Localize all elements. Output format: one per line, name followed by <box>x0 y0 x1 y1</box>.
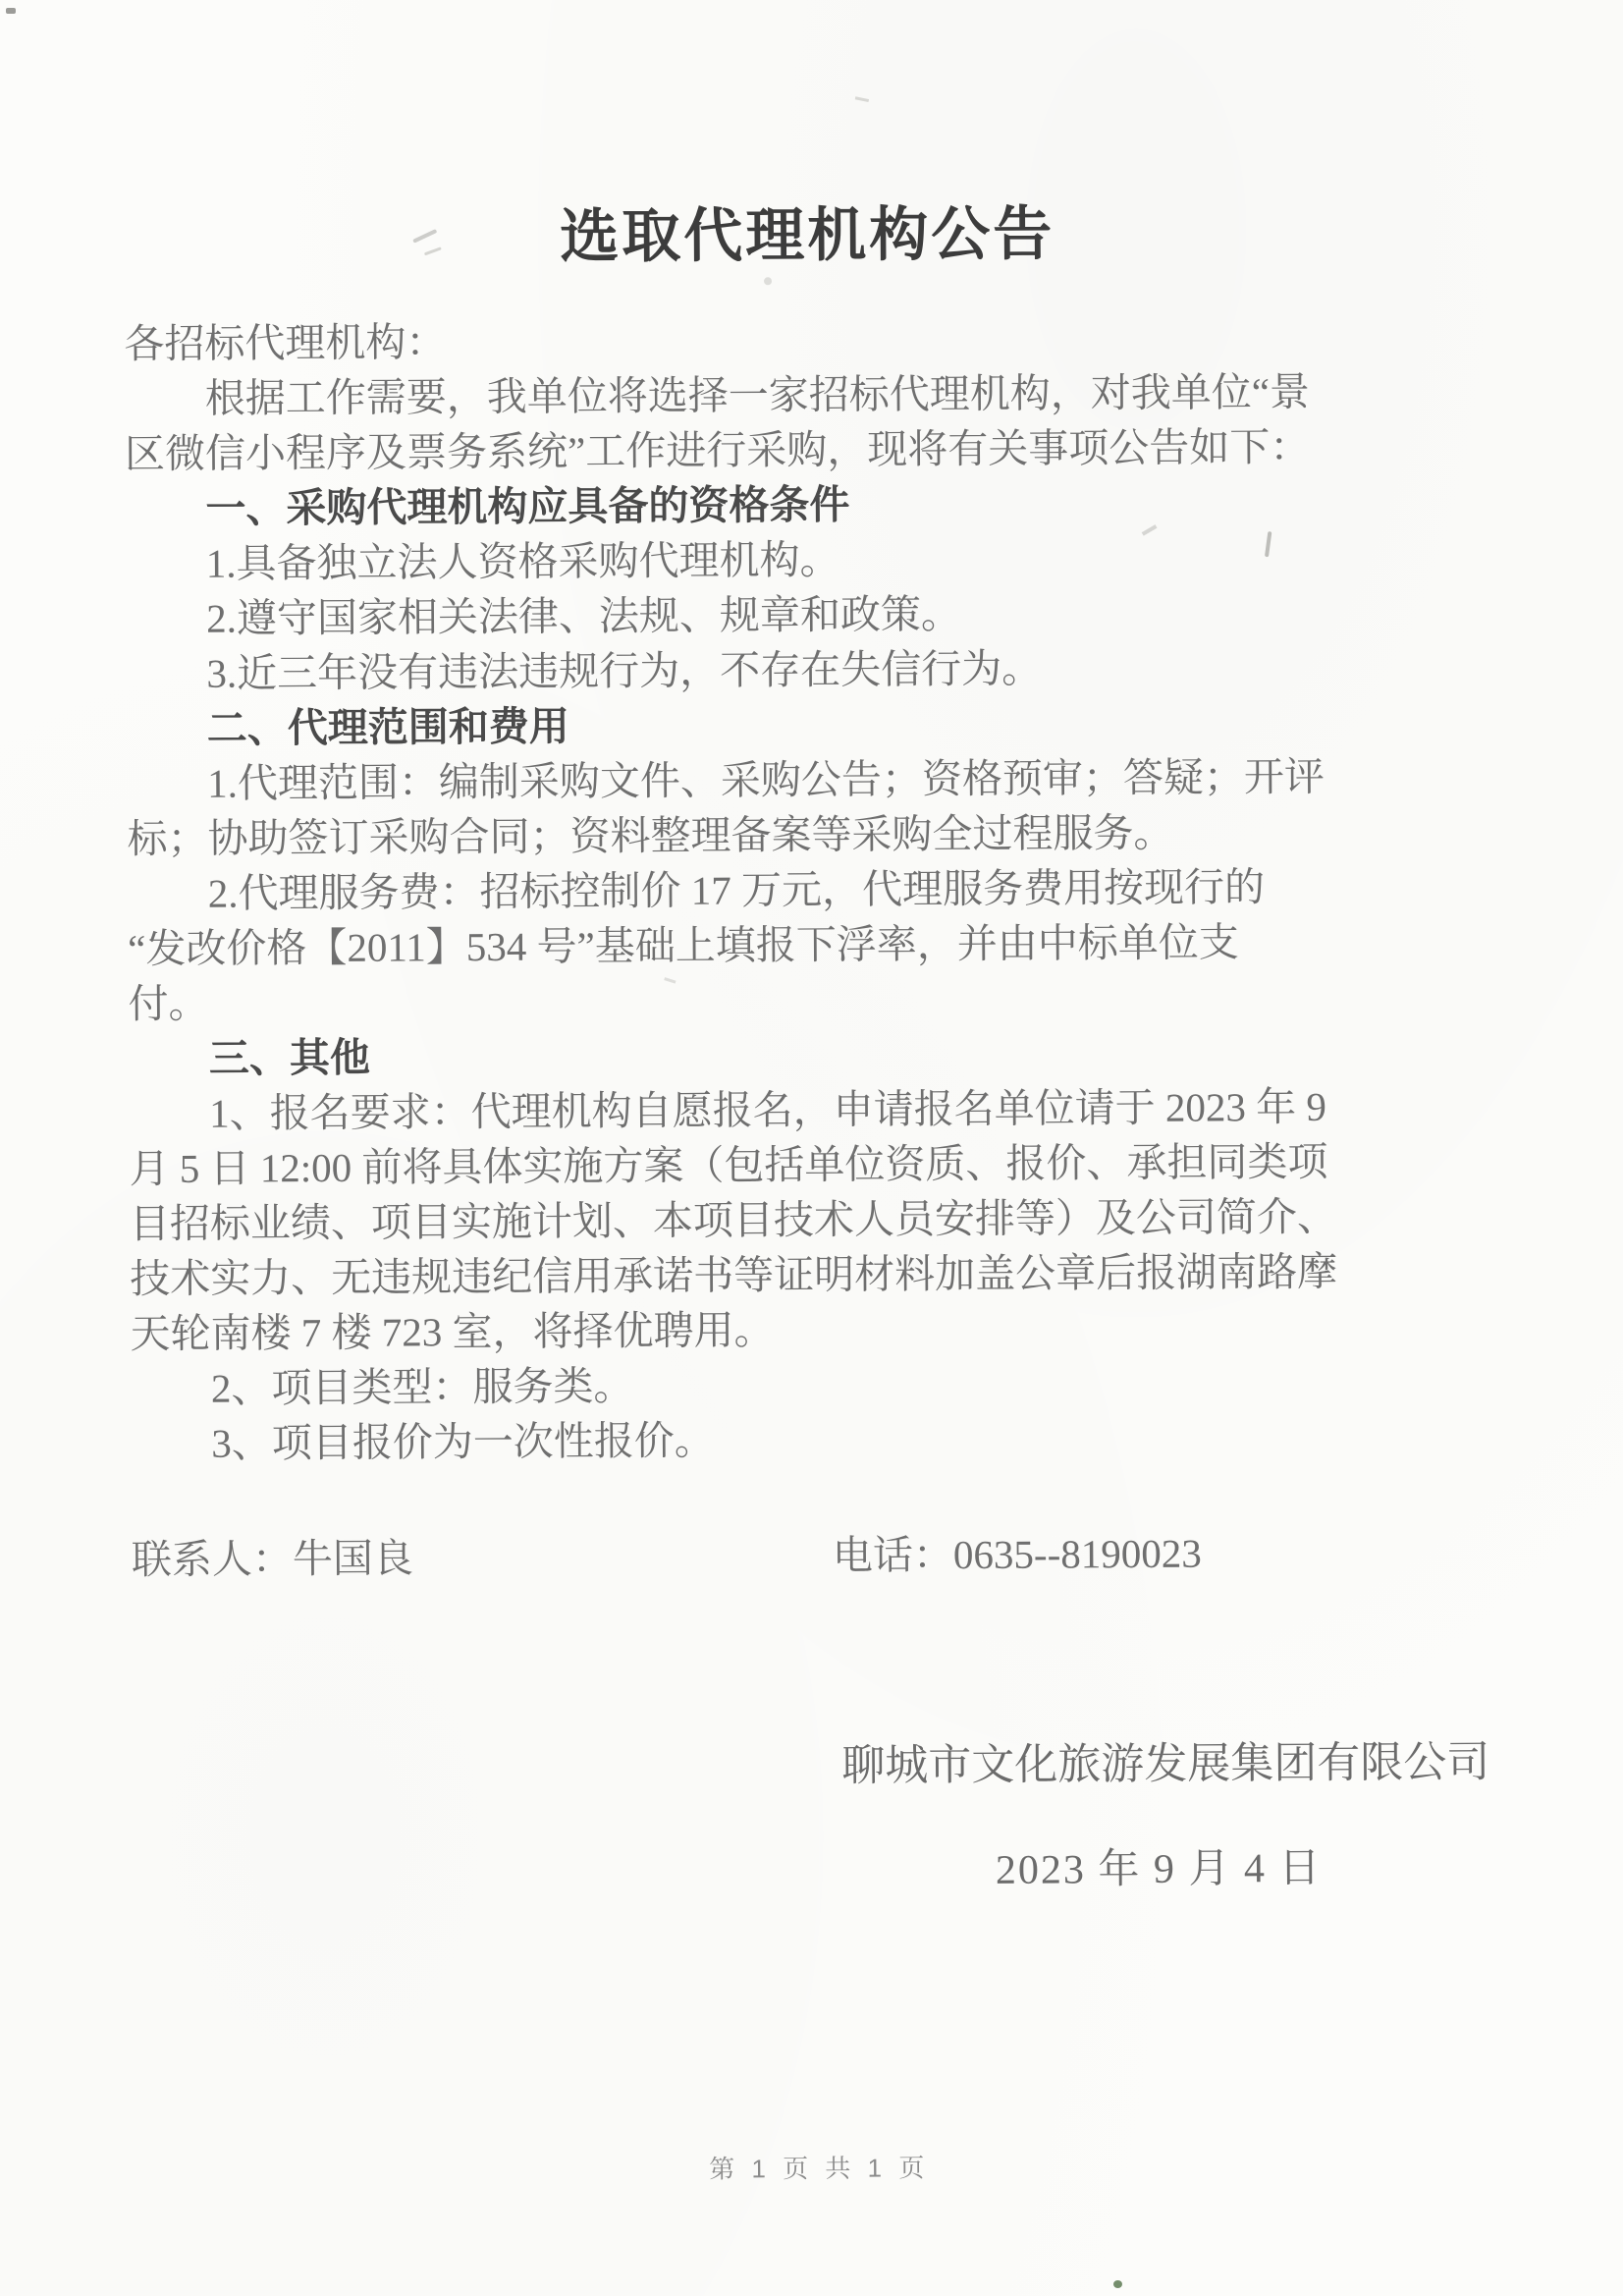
document-content: 选取代理机构公告 各招标代理机构：根据工作需要，我单位将选择一家招标代理机构，对… <box>0 0 1623 2296</box>
document-line: 技术实力、无违规违纪信用承诺书等证明材料加盖公章后报湖南路摩 <box>130 1244 1367 1307</box>
document-line: “发改价格【2011】534 号”基础上填报下浮率，并由中标单位支 <box>128 914 1365 977</box>
contact-person: 联系人：牛国良 <box>132 1535 413 1582</box>
document-body: 各招标代理机构：根据工作需要，我单位将选择一家招标代理机构，对我单位“景区微信小… <box>124 309 1368 1472</box>
document-line: 2.代理服务费：招标控制价 17 万元，代理服务费用按现行的 <box>128 859 1365 922</box>
document-line: 3、项目报价为一次性报价。 <box>131 1409 1368 1472</box>
document-line: 2.遵守国家相关法律、法规、规章和政策。 <box>126 584 1363 647</box>
page-footer: 第 1 页 共 1 页 <box>8 2144 1623 2190</box>
contact-phone: 电话：0635--8190023 <box>833 1526 1202 1583</box>
document-line: 天轮南楼 7 楼 723 室，将择优聘用。 <box>130 1299 1367 1362</box>
contact-row: 联系人：牛国良 电话：0635--8190023 <box>132 1524 1408 1587</box>
scan-artifact <box>764 277 772 285</box>
section-heading: 三、其他 <box>129 1024 1366 1087</box>
section-heading: 二、代理范围和费用 <box>127 694 1364 757</box>
scanned-document-page: 选取代理机构公告 各招标代理机构：根据工作需要，我单位将选择一家招标代理机构，对… <box>0 0 1623 2296</box>
page-title: 选取代理机构公告 <box>0 184 1619 278</box>
document-line: 1.具备独立法人资格采购代理机构。 <box>126 529 1363 592</box>
document-line: 1.代理范围：编制采购文件、采购公告；资格预审；答疑；开评 <box>127 749 1364 812</box>
document-line: 各招标代理机构： <box>124 309 1361 372</box>
document-line: 区微信小程序及票务系统”工作进行采购，现将有关事项公告如下： <box>125 419 1362 482</box>
document-line: 根据工作需要，我单位将选择一家招标代理机构，对我单位“景 <box>125 364 1362 427</box>
scan-artifact <box>855 96 869 102</box>
document-line: 目招标业绩、项目实施计划、本项目技术人员安排等）及公司简介、 <box>130 1189 1367 1252</box>
signature-date: 2023 年 9 月 4 日 <box>996 1835 1323 1896</box>
document-line: 1、报名要求：代理机构自愿报名，申请报名单位请于 2023 年 9 <box>129 1079 1366 1142</box>
document-line: 3.近三年没有违法违规行为，不存在失信行为。 <box>126 639 1363 702</box>
document-line: 2、项目类型：服务类。 <box>131 1354 1368 1417</box>
section-heading: 一、采购代理机构应具备的资格条件 <box>125 474 1362 537</box>
document-line: 月 5 日 12:00 前将具体实施方案（包括单位资质、报价、承担同类项 <box>129 1134 1366 1197</box>
document-line: 付。 <box>128 969 1365 1032</box>
document-line: 标；协助签订采购合同；资料整理备案等采购全过程服务。 <box>127 804 1364 867</box>
signature-company: 聊城市文化旅游发展集团有限公司 <box>841 1726 1489 1793</box>
